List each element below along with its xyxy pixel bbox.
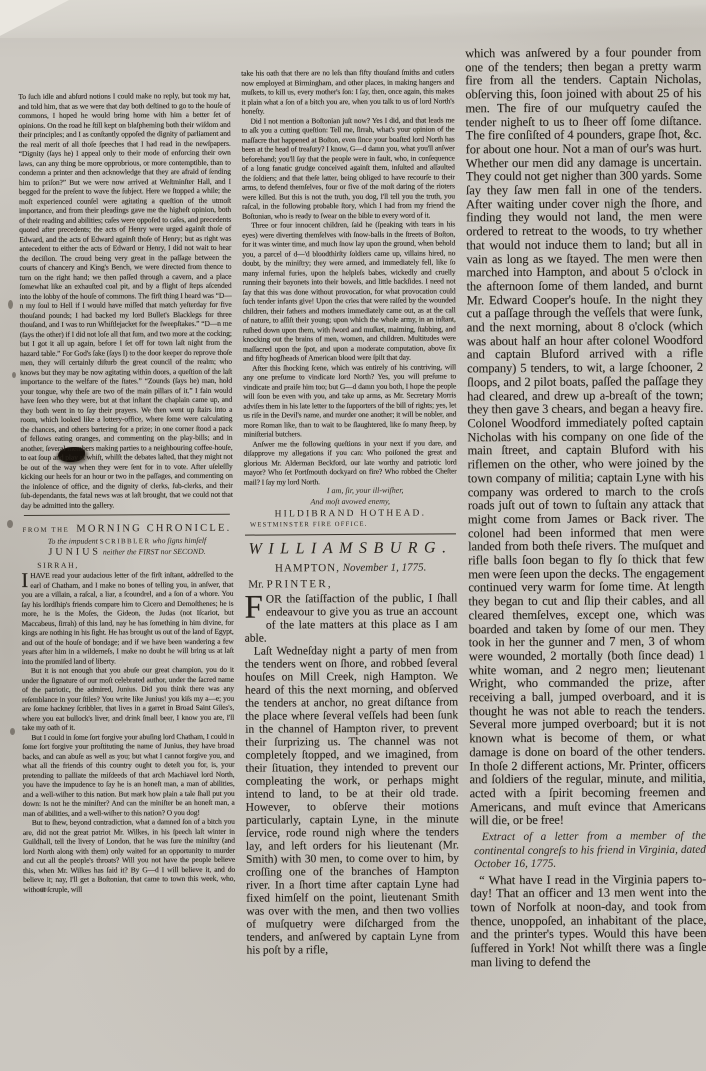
section-divider-rule [24,514,230,516]
addressee-pre: To the impudent [48,537,98,546]
letter-signature: HILDIBRAND HOTHEAD. [244,507,457,520]
chronicle-paragraph: After this ſhocking ſcene, which was ent… [243,362,456,439]
dateline-place: HAMPTON, [275,562,340,574]
paper-speck [10,728,15,735]
chronicle-paragraph: Did I not mention a Boſtonian juſt now? … [241,115,455,221]
masthead-rule [245,533,456,535]
junius-name: JUNIUS [48,547,101,558]
chronicle-salutation: SIRRAH, [37,560,233,570]
newspaper-scan-page: To ſuch idle and abſurd notions I could … [0,0,706,1071]
congress-extract-heading: Extract of a letter from a member of the… [470,830,706,872]
junius-qualifier: neither the FIRST nor SECOND. [103,547,206,557]
chronicle-paragraph-continued: take his oath that there are no leſs tha… [241,67,454,116]
column-left: To ſuch idle and abſurd notions I could … [18,45,236,973]
paper-speck [8,300,13,309]
morning-chronicle-heading: FROM THE MORNING CHRONICLE. [21,518,233,537]
hampton-dateline: HAMPTON, November 1, 1775. [244,560,457,575]
printer-salutation-prefix: Mr. [248,579,264,591]
chronicle-paragraph: But I could in ſome ſort forgive your ab… [22,731,235,818]
addressee-scribbler: SCRIBBLER [100,537,151,545]
printer-salutation-name: PRINTER, [267,578,333,590]
chronicle-addressee-line2: JUNIUS neither the FIRST nor SECOND. [21,546,233,558]
paper-torn-edge [0,0,706,38]
paper-speck [7,520,13,528]
chronicle-paragraph: But it is not enough that you abuſe our … [22,665,234,733]
drop-cap-initial: I [21,571,30,589]
column-middle: take his oath that there are no leſs tha… [241,43,460,971]
letter-closing-line: And moſt avowed enemy, [244,496,457,508]
commons-article-paragraph: To ſuch idle and abſurd notions I could … [18,91,233,510]
letter-signature-office: WESTMINSTER FIRE OFFICE. [250,520,457,528]
hampton-letter-paragraph: Laſt Wedneſday night a party of men from… [245,644,460,957]
paper-speck [12,372,16,378]
addressee-post: who ſigns himſelf [152,536,206,545]
chronicle-paragraph: I HAVE read your audacious letter of the… [21,570,234,666]
chronicle-paragraph: But to ſhew, beyond contradiction, what … [23,817,235,894]
hampton-letter-paragraph-continued: which was anſwered by a four pounder fro… [465,46,706,829]
printer-salutation: Mr. PRINTER, [248,576,457,592]
chronicle-paragraph: Anſwer me the following queſtions in you… [243,438,456,487]
congress-extract-paragraph: “ What have I read in the Virginia paper… [470,872,706,969]
chronicle-paragraph-text: HAVE read your audacious letter of the f… [21,570,233,666]
kicker-from: FROM THE [22,527,69,534]
hampton-letter-paragraph-text: OR the ſatiſfaction of the public, I ſha… [245,592,458,644]
dateline-date: November 1, 1775. [343,562,427,575]
page-columns: To ſuch idle and abſurd notions I could … [18,42,706,973]
column-right: which was anſwered by a four pounder fro… [465,42,706,970]
drop-cap-initial: F [244,593,266,620]
kicker-title: MORNING CHRONICLE. [76,523,231,535]
williamsburg-masthead: WILLIAMSBURG. [244,538,457,559]
hampton-letter-paragraph: F OR the ſatiſfaction of the public, I ſ… [244,592,457,645]
chronicle-paragraph: Three or four innocent children, ſaid he… [242,219,456,363]
